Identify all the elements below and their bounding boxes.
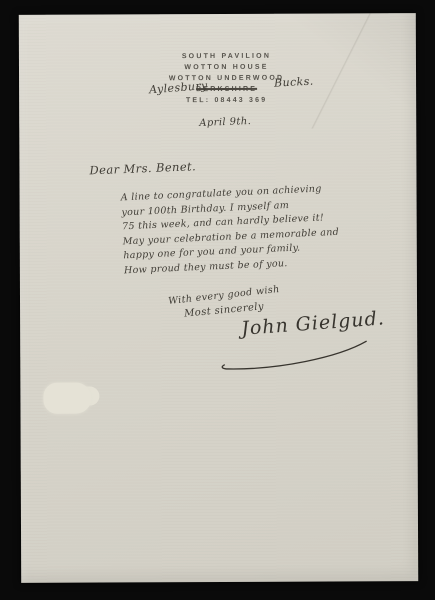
letterhead-telephone: TEL: 08443 369 bbox=[28, 94, 425, 107]
handwritten-county-correction: Bucks. bbox=[274, 75, 314, 90]
signature-flourish bbox=[218, 335, 373, 378]
letter-body: A line to congratulate you on achieving … bbox=[121, 182, 345, 279]
letter-paper: SOUTH PAVILION WOTTON HOUSE WOTTON UNDER… bbox=[19, 13, 418, 583]
letter-photo: SOUTH PAVILION WOTTON HOUSE WOTTON UNDER… bbox=[0, 0, 435, 600]
letter-date: April 9th. bbox=[199, 116, 251, 129]
salutation: Dear Mrs. Benet. bbox=[89, 159, 196, 177]
paper-blemish bbox=[43, 383, 91, 414]
letterhead: SOUTH PAVILION WOTTON HOUSE WOTTON UNDER… bbox=[28, 50, 425, 107]
